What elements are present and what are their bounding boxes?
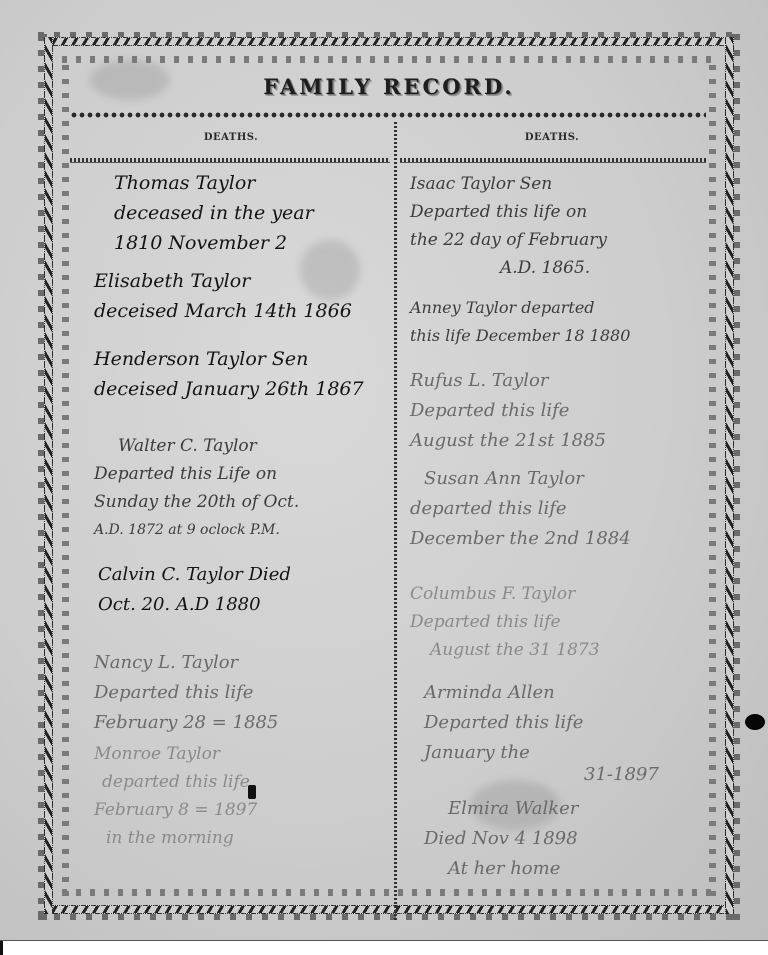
entry-line: Calvin C. Taylor Died: [98, 560, 291, 590]
header-underline-right: [400, 158, 706, 163]
entry-line: deceised January 26th 1867: [94, 374, 364, 404]
entry-line: Departed this life: [410, 608, 600, 636]
entry-line: deceased in the year: [114, 198, 314, 228]
record-page: FAMILY RECORD. DEATHS. DEATHS. Thomas Ta…: [64, 58, 714, 894]
death-entry: Isaac Taylor Sen Departed this life on t…: [410, 170, 607, 282]
entry-line: Sunday the 20th of Oct.: [94, 488, 299, 516]
entry-line: this life December 18 1880: [410, 322, 630, 350]
entry-line: Oct. 20. A.D 1880: [98, 590, 291, 620]
entry-line: Thomas Taylor: [114, 168, 314, 198]
entry-line: departed this life: [410, 494, 631, 524]
entry-line: Monroe Taylor: [94, 740, 257, 768]
rope-border-top: [44, 37, 734, 46]
entry-line: Anney Taylor departed: [410, 294, 630, 322]
entry-line: deceised March 14th 1866: [94, 296, 352, 326]
death-entry: Thomas Taylor deceased in the year 1810 …: [114, 168, 314, 258]
rope-border-bottom: [44, 905, 734, 914]
entry-line: Departed this Life on: [94, 460, 299, 488]
entry-line: August the 21st 1885: [410, 426, 606, 456]
death-entry: Rufus L. Taylor Departed this life Augus…: [410, 366, 606, 456]
death-entry: Elisabeth Taylor deceised March 14th 186…: [94, 266, 352, 326]
death-entry: Arminda Allen Departed this life January…: [424, 678, 659, 790]
column-header-left: DEATHS.: [70, 132, 392, 143]
death-entry: Anney Taylor departed this life December…: [410, 294, 630, 350]
entry-line: the 22 day of February: [410, 226, 607, 254]
entry-line: Elisabeth Taylor: [94, 266, 352, 296]
entry-line: Nancy L. Taylor: [94, 648, 278, 678]
entry-line: departed this life: [94, 768, 257, 796]
header-underline-left: [70, 158, 390, 163]
death-entry: Columbus F. Taylor Departed this life Au…: [410, 580, 600, 664]
entry-line: Arminda Allen: [424, 678, 659, 708]
death-entry: Walter C. Taylor Departed this Life on S…: [94, 432, 299, 544]
scan-bottom-margin: [0, 940, 768, 955]
entry-line: February 8 = 1897: [94, 796, 257, 824]
entry-line: August the 31 1873: [410, 636, 600, 664]
page-title: FAMILY RECORD.: [64, 74, 714, 99]
entry-line: A.D. 1872 at 9 oclock P.M.: [94, 516, 299, 544]
ink-blot: [745, 714, 765, 730]
rope-border-left: [44, 37, 53, 914]
entry-line: Henderson Taylor Sen: [94, 344, 364, 374]
entry-line: Susan Ann Taylor: [410, 464, 631, 494]
entry-line: Walter C. Taylor: [94, 432, 299, 460]
entry-line: Departed this life: [410, 396, 606, 426]
entry-line: At her home: [424, 854, 578, 884]
death-entry: Henderson Taylor Sen deceised January 26…: [94, 344, 364, 404]
column-header-right: DEATHS.: [398, 132, 706, 143]
entry-line: Died Nov 4 1898: [424, 824, 578, 854]
entry-line: Columbus F. Taylor: [410, 580, 600, 608]
entry-line: 1810 November 2: [114, 228, 314, 258]
scan-edge-mark: [0, 941, 3, 955]
entry-line: in the morning: [94, 824, 257, 852]
death-entry: Susan Ann Taylor departed this life Dece…: [410, 464, 631, 554]
entry-line: Departed this life on: [410, 198, 607, 226]
entry-line: Elmira Walker: [424, 794, 578, 824]
entry-line: Isaac Taylor Sen: [410, 170, 607, 198]
death-entry: Elmira Walker Died Nov 4 1898 At her hom…: [424, 794, 578, 884]
dotted-divider: [70, 112, 706, 118]
entry-line: Departed this life: [424, 708, 659, 738]
entry-line: A.D. 1865.: [410, 254, 607, 282]
photograph-of-family-record-page: FAMILY RECORD. DEATHS. DEATHS. Thomas Ta…: [0, 0, 768, 940]
entry-line: December the 2nd 1884: [410, 524, 631, 554]
death-entry: Monroe Taylor departed this life Februar…: [94, 740, 257, 852]
death-entry: Calvin C. Taylor Died Oct. 20. A.D 1880: [98, 560, 291, 620]
column-divider: [394, 120, 397, 920]
entry-line: Departed this life: [94, 678, 278, 708]
rope-border-right: [725, 37, 734, 914]
death-entry: Nancy L. Taylor Departed this life Febru…: [94, 648, 278, 738]
ink-blot: [248, 785, 256, 799]
entry-line: February 28 = 1885: [94, 708, 278, 738]
entry-line: Rufus L. Taylor: [410, 366, 606, 396]
